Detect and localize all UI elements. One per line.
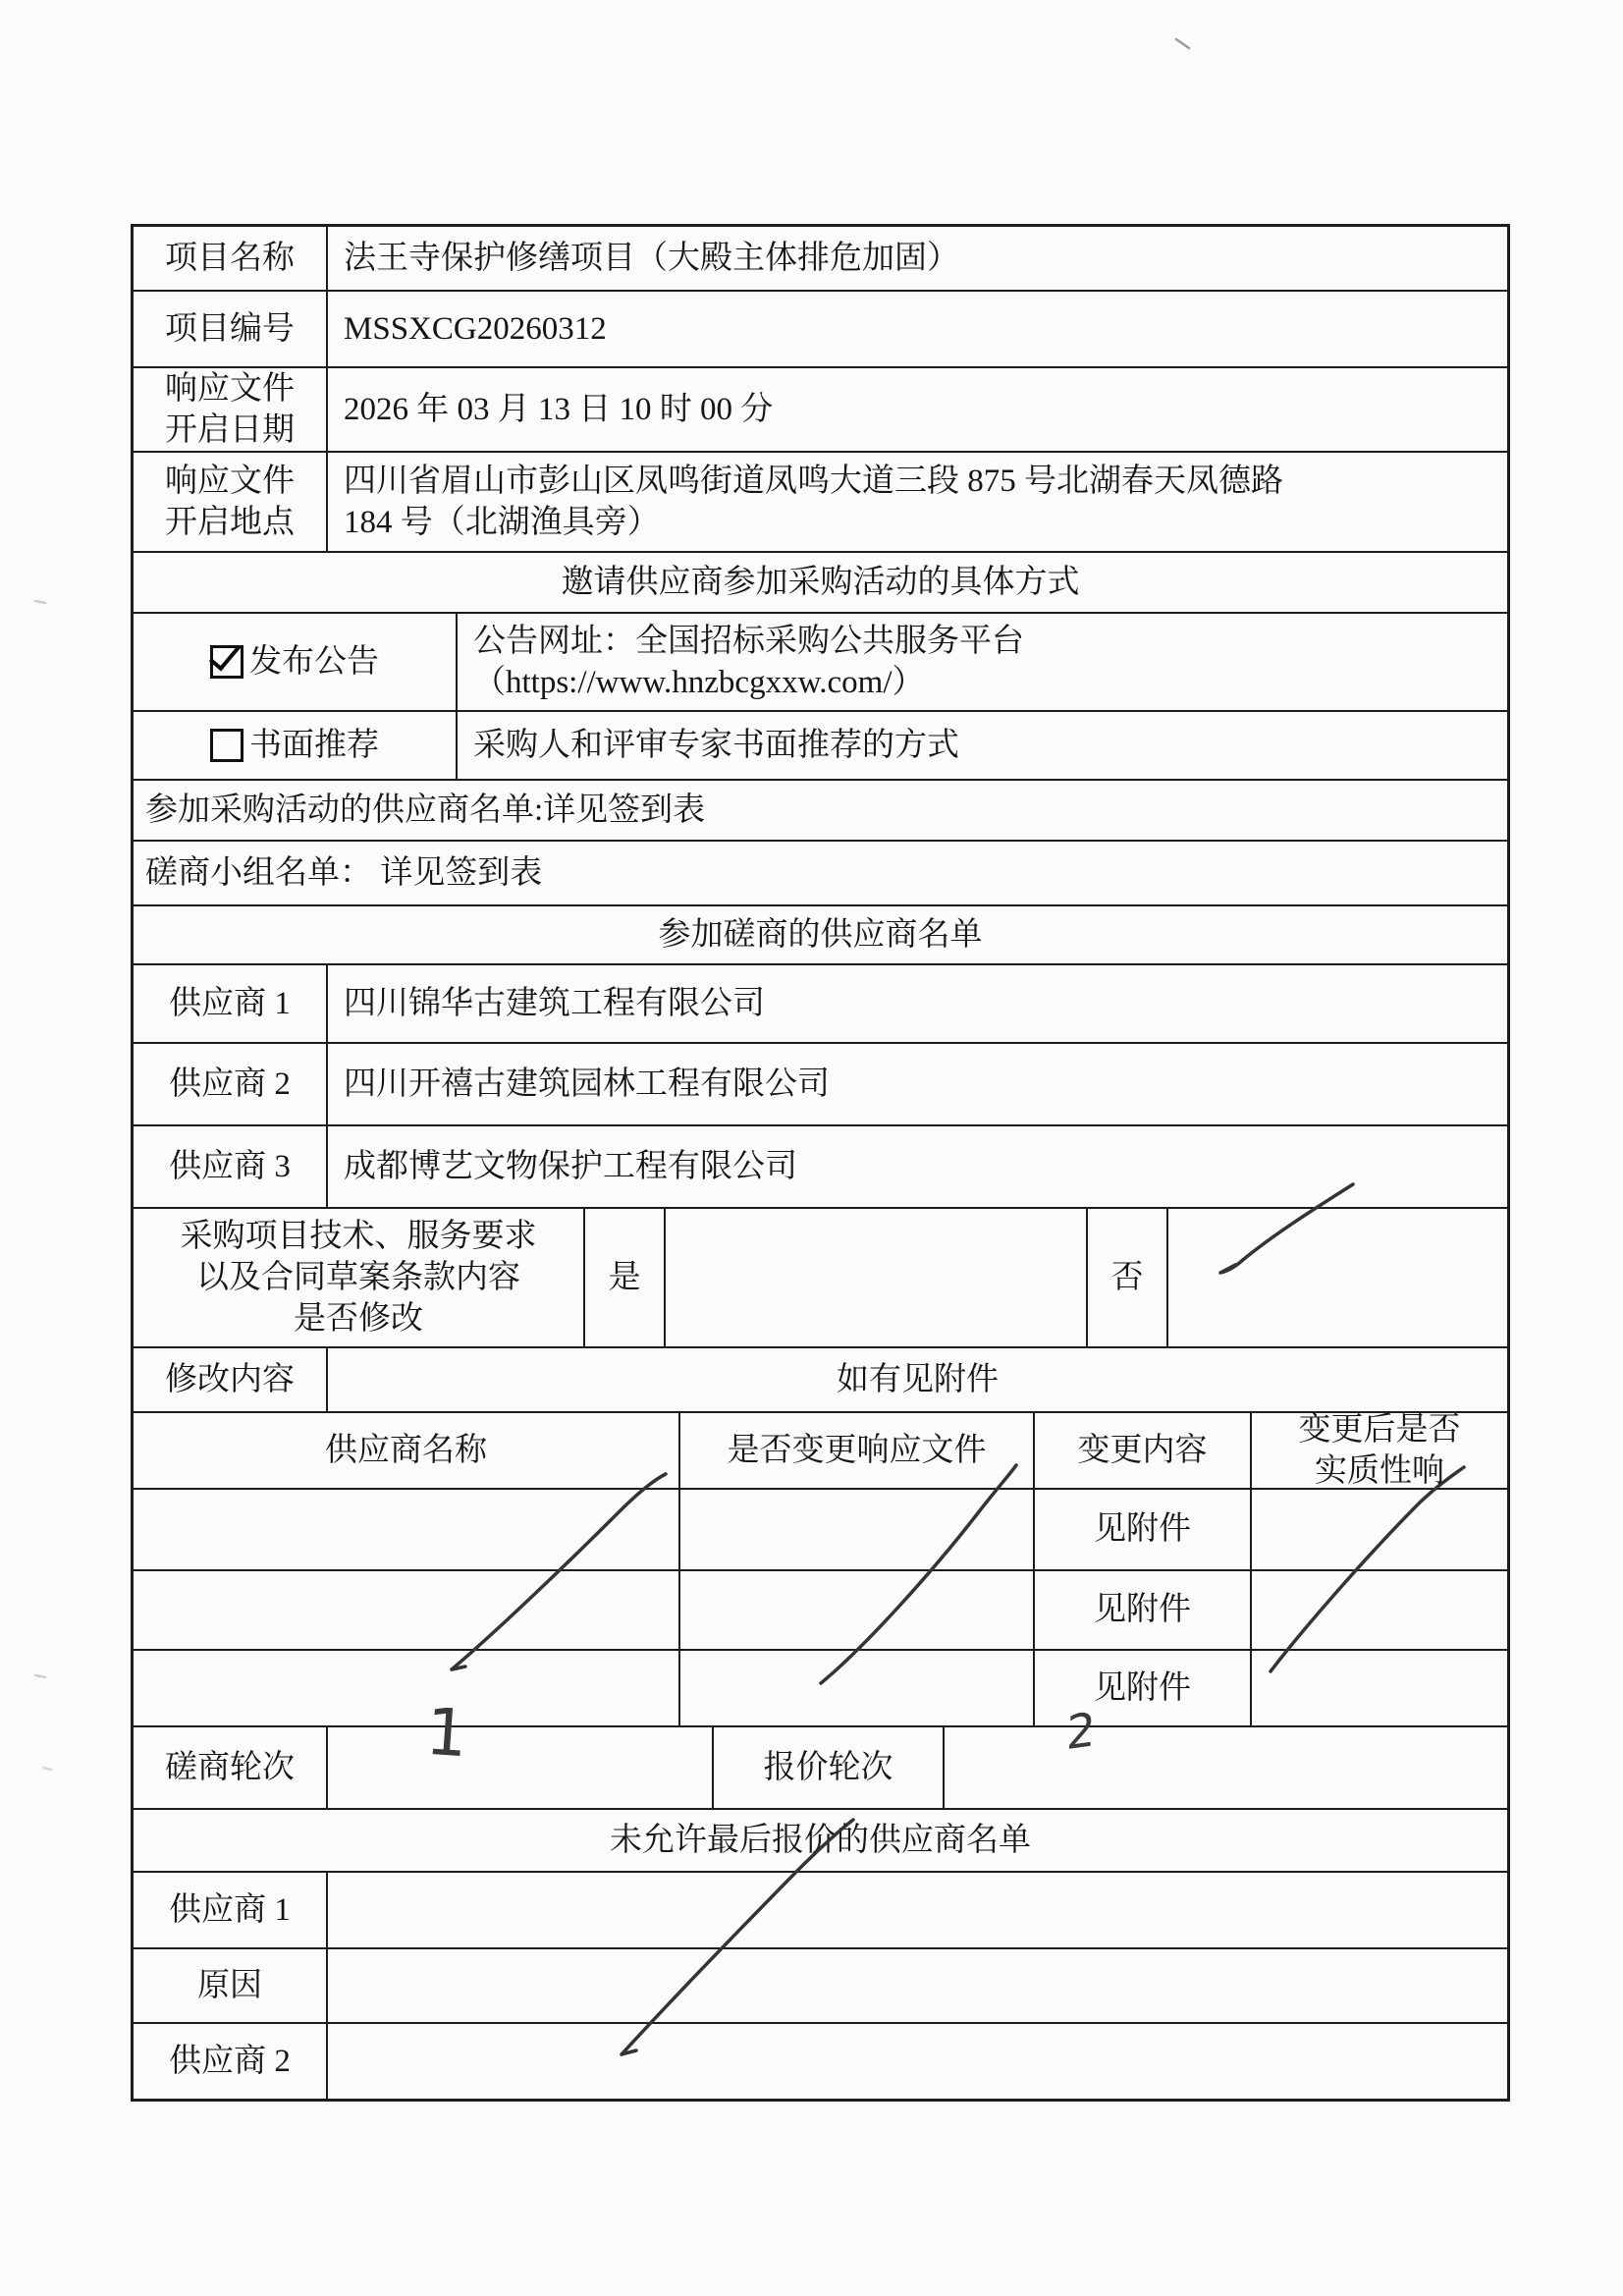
change-row-1: 见附件 bbox=[134, 1490, 1507, 1571]
project-number-value: MSSXCG20260312 bbox=[328, 292, 1507, 366]
row-modify-question: 采购项目技术、服务要求 以及合同草案条款内容 是否修改 是 否 bbox=[134, 1209, 1507, 1348]
handwritten-quote-round-value: 2 bbox=[1065, 1707, 1096, 1758]
open-date-label: 响应文件 开启日期 bbox=[134, 368, 328, 451]
quote-round-value-cell bbox=[945, 1727, 1507, 1808]
row-publish-announcement: 发布公告 公告网址：全国招标采购公共服务平台 （https://www.hnzb… bbox=[134, 614, 1507, 712]
negotiation-round-label: 磋商轮次 bbox=[134, 1727, 328, 1808]
modify-yes-label: 是 bbox=[585, 1209, 666, 1346]
row-supplier-1: 供应商 1 四川锦华古建筑工程有限公司 bbox=[134, 965, 1507, 1044]
modify-question-label: 采购项目技术、服务要求 以及合同草案条款内容 是否修改 bbox=[134, 1209, 585, 1346]
change-row-3-substantive bbox=[1252, 1651, 1507, 1725]
supplier-1-label: 供应商 1 bbox=[134, 965, 328, 1042]
handwritten-negotiation-round-value: 1 bbox=[424, 1700, 470, 1768]
participants-line: 参加采购活动的供应商名单:详见签到表 bbox=[134, 781, 1507, 840]
scan-artifact-mark-left-2 bbox=[35, 1675, 45, 1677]
written-recommendation-detail: 采购人和评审专家书面推荐的方式 bbox=[458, 712, 1507, 779]
change-header-supplier: 供应商名称 bbox=[134, 1413, 680, 1488]
open-date-value: 2026 年 03 月 13 日 10 时 00 分 bbox=[328, 368, 1507, 451]
row-project-number: 项目编号 MSSXCG20260312 bbox=[134, 292, 1507, 368]
supplier-3-name: 成都博艺文物保护工程有限公司 bbox=[328, 1126, 1507, 1207]
row-panel: 磋商小组名单： 详见签到表 bbox=[134, 842, 1507, 906]
change-row-3: 见附件 bbox=[134, 1651, 1507, 1727]
scanned-procurement-document: 项目名称 法王寺保护修缮项目（大殿主体排危加固） 项目编号 MSSXCG2026… bbox=[0, 0, 1623, 2296]
scan-artifact-mark-top bbox=[1176, 39, 1189, 48]
negotiation-round-value-cell bbox=[328, 1727, 714, 1808]
row-modify-content: 修改内容 如有见附件 bbox=[134, 1348, 1507, 1413]
change-header-substantive: 变更后是否 实质性响 bbox=[1252, 1413, 1507, 1488]
publish-announcement-cell: 发布公告 bbox=[134, 614, 458, 710]
open-place-value: 四川省眉山市彭山区凤鸣街道凤鸣大道三段 875 号北湖春天凤德路 184 号（北… bbox=[328, 453, 1507, 551]
final-list-header: 未允许最后报价的供应商名单 bbox=[134, 1810, 1507, 1871]
checked-checkbox-icon bbox=[210, 645, 243, 679]
final-row-reason: 原因 bbox=[134, 1949, 1507, 2024]
written-recommendation-cell: 书面推荐 bbox=[134, 712, 458, 779]
row-open-place: 响应文件 开启地点 四川省眉山市彭山区凤鸣街道凤鸣大道三段 875 号北湖春天凤… bbox=[134, 453, 1507, 553]
supplier-3-label: 供应商 3 bbox=[134, 1126, 328, 1207]
change-row-1-supplier bbox=[134, 1490, 680, 1569]
supplier-2-label: 供应商 2 bbox=[134, 1044, 328, 1124]
change-header-content: 变更内容 bbox=[1035, 1413, 1252, 1488]
quote-round-label: 报价轮次 bbox=[714, 1727, 945, 1808]
row-invitation-header: 邀请供应商参加采购活动的具体方式 bbox=[134, 553, 1507, 614]
negotiation-header: 参加磋商的供应商名单 bbox=[134, 906, 1507, 963]
project-name-value: 法王寺保护修缮项目（大殿主体排危加固） bbox=[328, 227, 1507, 290]
supplier-2-name: 四川开禧古建筑园林工程有限公司 bbox=[328, 1044, 1507, 1124]
scan-artifact-mark-left-1 bbox=[35, 601, 45, 603]
row-supplier-3: 供应商 3 成都博艺文物保护工程有限公司 bbox=[134, 1126, 1507, 1209]
change-row-3-supplier bbox=[134, 1651, 680, 1725]
final-reason-value bbox=[328, 1949, 1507, 2022]
final-reason-label: 原因 bbox=[134, 1949, 328, 2022]
modify-content-label: 修改内容 bbox=[134, 1348, 328, 1411]
row-rounds: 磋商轮次 报价轮次 bbox=[134, 1727, 1507, 1810]
row-written-recommendation: 书面推荐 采购人和评审专家书面推荐的方式 bbox=[134, 712, 1507, 781]
project-number-label: 项目编号 bbox=[134, 292, 328, 366]
final-row-supplier-2: 供应商 2 bbox=[134, 2024, 1507, 2099]
change-row-2-substantive bbox=[1252, 1571, 1507, 1649]
final-supplier-1-value bbox=[328, 1873, 1507, 1947]
row-open-date: 响应文件 开启日期 2026 年 03 月 13 日 10 时 00 分 bbox=[134, 368, 1507, 453]
change-row-2: 见附件 bbox=[134, 1571, 1507, 1651]
supplier-1-name: 四川锦华古建筑工程有限公司 bbox=[328, 965, 1507, 1042]
project-name-label: 项目名称 bbox=[134, 227, 328, 290]
modify-yes-answer-cell bbox=[666, 1209, 1088, 1346]
final-supplier-1-label: 供应商 1 bbox=[134, 1873, 328, 1947]
final-supplier-2-value bbox=[328, 2024, 1507, 2099]
row-supplier-2: 供应商 2 四川开禧古建筑园林工程有限公司 bbox=[134, 1044, 1507, 1126]
row-change-header: 供应商名称 是否变更响应文件 变更内容 变更后是否 实质性响 bbox=[134, 1413, 1507, 1490]
publish-announcement-label: 发布公告 bbox=[249, 641, 379, 683]
change-row-2-content: 见附件 bbox=[1035, 1571, 1252, 1649]
unchecked-checkbox-icon bbox=[210, 729, 243, 762]
panel-line: 磋商小组名单： 详见签到表 bbox=[134, 842, 1507, 904]
change-header-changed: 是否变更响应文件 bbox=[680, 1413, 1035, 1488]
modify-no-answer-cell bbox=[1168, 1209, 1507, 1346]
change-row-1-changed bbox=[680, 1490, 1035, 1569]
row-participants: 参加采购活动的供应商名单:详见签到表 bbox=[134, 781, 1507, 842]
row-project-name: 项目名称 法王寺保护修缮项目（大殿主体排危加固） bbox=[134, 227, 1507, 292]
invitation-header: 邀请供应商参加采购活动的具体方式 bbox=[134, 553, 1507, 612]
procurement-form-table: 项目名称 法王寺保护修缮项目（大殿主体排危加固） 项目编号 MSSXCG2026… bbox=[131, 224, 1510, 2102]
final-supplier-2-label: 供应商 2 bbox=[134, 2024, 328, 2099]
change-row-1-content: 见附件 bbox=[1035, 1490, 1252, 1569]
row-negotiation-header: 参加磋商的供应商名单 bbox=[134, 906, 1507, 965]
change-row-1-substantive bbox=[1252, 1490, 1507, 1569]
row-final-list-header: 未允许最后报价的供应商名单 bbox=[134, 1810, 1507, 1873]
modify-no-label: 否 bbox=[1088, 1209, 1168, 1346]
modify-content-value: 如有见附件 bbox=[328, 1348, 1507, 1411]
change-row-3-changed bbox=[680, 1651, 1035, 1725]
publish-announcement-detail: 公告网址：全国招标采购公共服务平台 （https://www.hnzbcgxxw… bbox=[458, 614, 1507, 710]
scan-artifact-mark-left-3 bbox=[43, 1768, 51, 1770]
change-row-2-supplier bbox=[134, 1571, 680, 1649]
change-row-2-changed bbox=[680, 1571, 1035, 1649]
final-row-supplier-1: 供应商 1 bbox=[134, 1873, 1507, 1949]
open-place-label: 响应文件 开启地点 bbox=[134, 453, 328, 551]
written-recommendation-label: 书面推荐 bbox=[249, 725, 379, 766]
